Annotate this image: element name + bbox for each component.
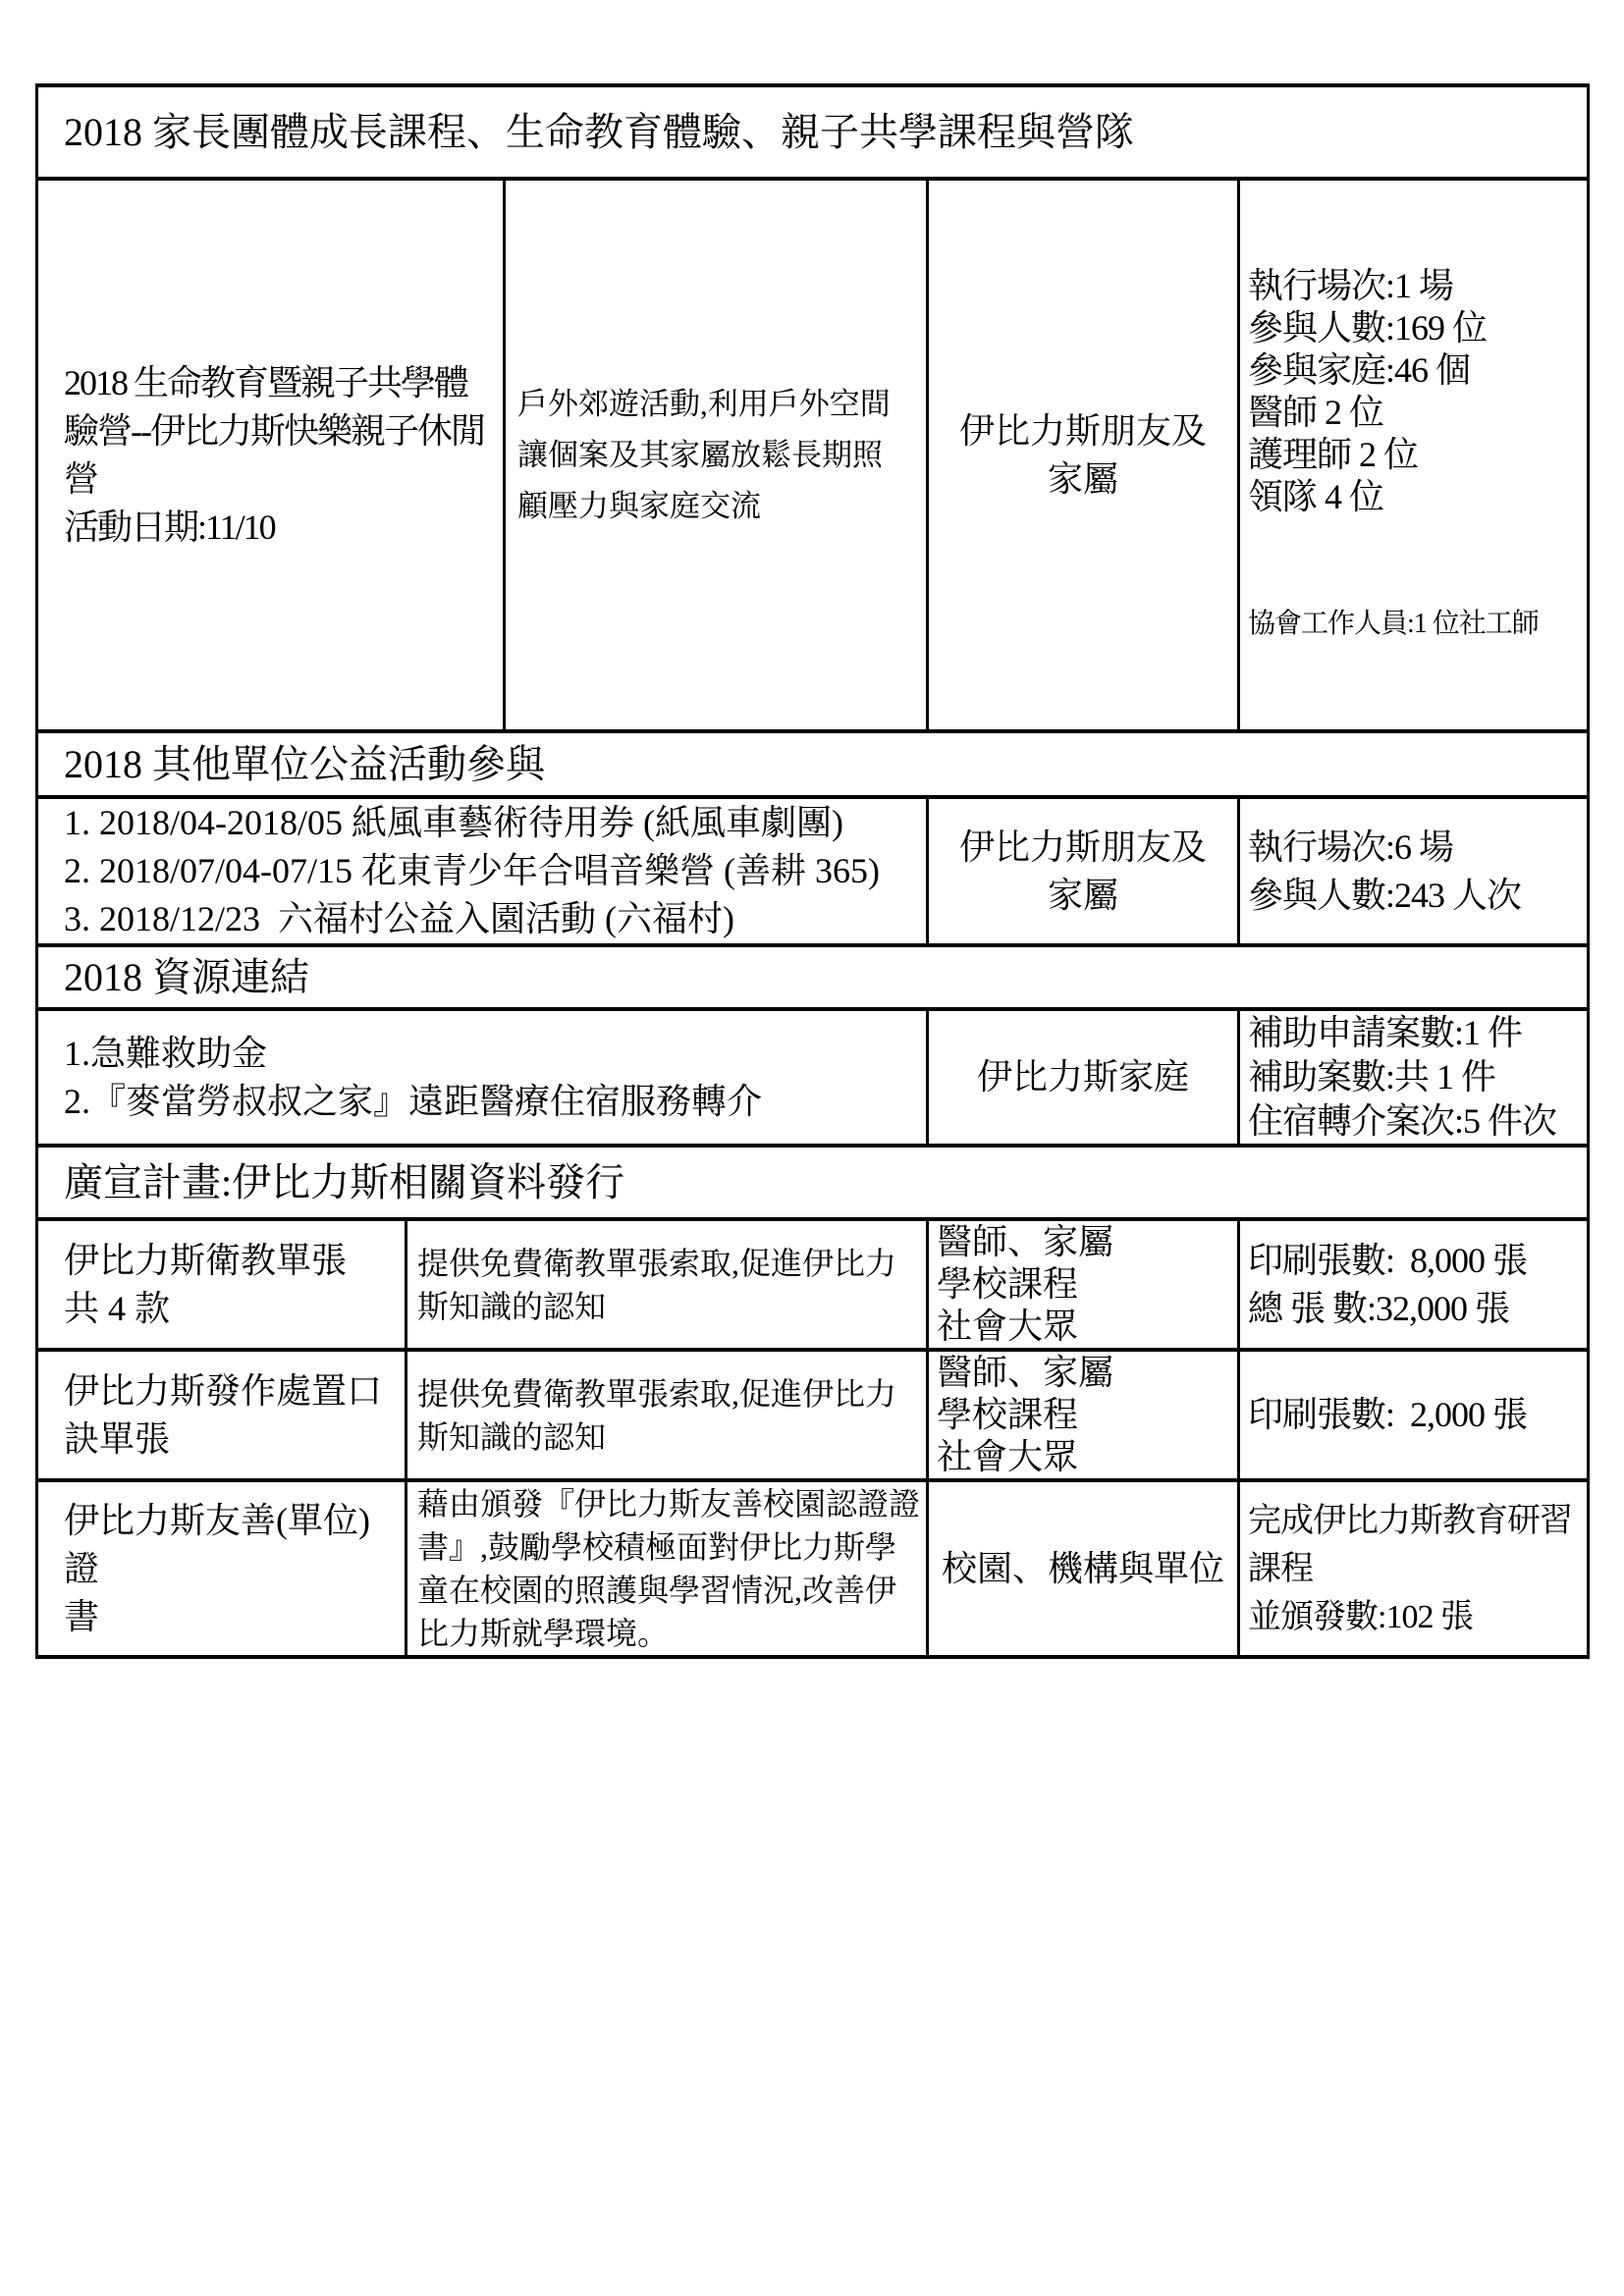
material-description-cell: 藉由頒發『伊比力斯友善校園認證證 書』,鼓勵學校積極面對伊比力斯學 童在校園的照… bbox=[406, 1480, 928, 1657]
material-name-cell: 伊比力斯發作處置口 訣單張 bbox=[37, 1350, 406, 1480]
section-resources-header-row: 2018 資源連結 bbox=[37, 945, 1589, 1009]
participants-cell: 伊比力斯家庭 bbox=[928, 1009, 1239, 1146]
section-growth-courses-header-row: 2018 家長團體成長課程、生命教育體驗、親子共學課程與營隊 bbox=[37, 85, 1589, 179]
material-description-cell: 提供免費衛教單張索取,促進伊比力 斯知識的認知 bbox=[406, 1219, 928, 1350]
table-row-health-education-flyer: 伊比力斯衛教單張 共 4 款 提供免費衛教單張索取,促進伊比力 斯知識的認知 醫… bbox=[37, 1219, 1589, 1350]
activity-description-cell: 戶外郊遊活動,利用戶外空間 讓個案及其家屬放鬆長期照 顧壓力與家庭交流 bbox=[505, 179, 928, 731]
stats-main-lines: 執行場次:1 場 參與人數:169 位 參與家庭:46 個 醫師 2 位 護理師… bbox=[1248, 265, 1585, 518]
table-row-charity-activities: 1. 2018/04-2018/05 紙風車藝術待用券 (紙風車劇團) 2. 2… bbox=[37, 797, 1589, 945]
table-row-resource-links: 1.急難救助金 2.『麥當勞叔叔之家』遠距醫療住宿服務轉介 伊比力斯家庭 補助申… bbox=[37, 1009, 1589, 1146]
stats-cell: 印刷張數: 2,000 張 bbox=[1239, 1350, 1589, 1480]
audience-cell: 校園、機構與單位 bbox=[928, 1480, 1239, 1657]
table-row-friendly-certificate: 伊比力斯友善(單位)證 書 藉由頒發『伊比力斯友善校園認證證 書』,鼓勵學校積極… bbox=[37, 1480, 1589, 1657]
stats-cell: 完成伊比力斯教育研習 課程 並頒發數:102 張 bbox=[1239, 1480, 1589, 1657]
annual-report-table: 2018 家長團體成長課程、生命教育體驗、親子共學課程與營隊 2018 生命教育… bbox=[35, 83, 1590, 1659]
audience-cell: 醫師、家屬 學校課程 社會大眾 bbox=[928, 1350, 1239, 1480]
material-name-cell: 伊比力斯友善(單位)證 書 bbox=[37, 1480, 406, 1657]
section-promotion-title: 廣宣計畫:伊比力斯相關資料發行 bbox=[37, 1146, 1589, 1219]
table-row-life-education-camp: 2018 生命教育暨親子共學體 驗營--伊比力斯快樂親子休閒 營 活動日期:11… bbox=[37, 179, 1589, 731]
table-row-seizure-response-flyer: 伊比力斯發作處置口 訣單張 提供免費衛教單張索取,促進伊比力 斯知識的認知 醫師… bbox=[37, 1350, 1589, 1480]
participants-cell: 伊比力斯朋友及 家屬 bbox=[928, 797, 1239, 945]
stats-cell: 執行場次:6 場 參與人數:243 人次 bbox=[1239, 797, 1589, 945]
stats-cell: 補助申請案數:1 件 補助案數:共 1 件 住宿轉介案次:5 件次 bbox=[1239, 1009, 1589, 1146]
section-growth-courses-title: 2018 家長團體成長課程、生命教育體驗、親子共學課程與營隊 bbox=[37, 85, 1589, 179]
activity-name-cell: 2018 生命教育暨親子共學體 驗營--伊比力斯快樂親子休閒 營 活動日期:11… bbox=[37, 179, 505, 731]
material-name-cell: 伊比力斯衛教單張 共 4 款 bbox=[37, 1219, 406, 1350]
charity-activities-cell: 1. 2018/04-2018/05 紙風車藝術待用券 (紙風車劇團) 2. 2… bbox=[37, 797, 928, 945]
section-resources-title: 2018 資源連結 bbox=[37, 945, 1589, 1009]
section-promotion-header-row: 廣宣計畫:伊比力斯相關資料發行 bbox=[37, 1146, 1589, 1219]
stats-cell: 印刷張數: 8,000 張 總 張 數:32,000 張 bbox=[1239, 1219, 1589, 1350]
section-charity-title: 2018 其他單位公益活動參與 bbox=[37, 731, 1589, 797]
document-page: 2018 家長團體成長課程、生命教育體驗、親子共學課程與營隊 2018 生命教育… bbox=[0, 0, 1624, 2296]
audience-cell: 醫師、家屬 學校課程 社會大眾 bbox=[928, 1219, 1239, 1350]
participants-cell: 伊比力斯朋友及 家屬 bbox=[928, 179, 1239, 731]
material-description-cell: 提供免費衛教單張索取,促進伊比力 斯知識的認知 bbox=[406, 1350, 928, 1480]
stats-staff-line: 協會工作人員:1 位社工師 bbox=[1248, 603, 1585, 645]
resource-items-cell: 1.急難救助金 2.『麥當勞叔叔之家』遠距醫療住宿服務轉介 bbox=[37, 1009, 928, 1146]
stats-cell: 執行場次:1 場 參與人數:169 位 參與家庭:46 個 醫師 2 位 護理師… bbox=[1239, 179, 1589, 731]
section-charity-header-row: 2018 其他單位公益活動參與 bbox=[37, 731, 1589, 797]
